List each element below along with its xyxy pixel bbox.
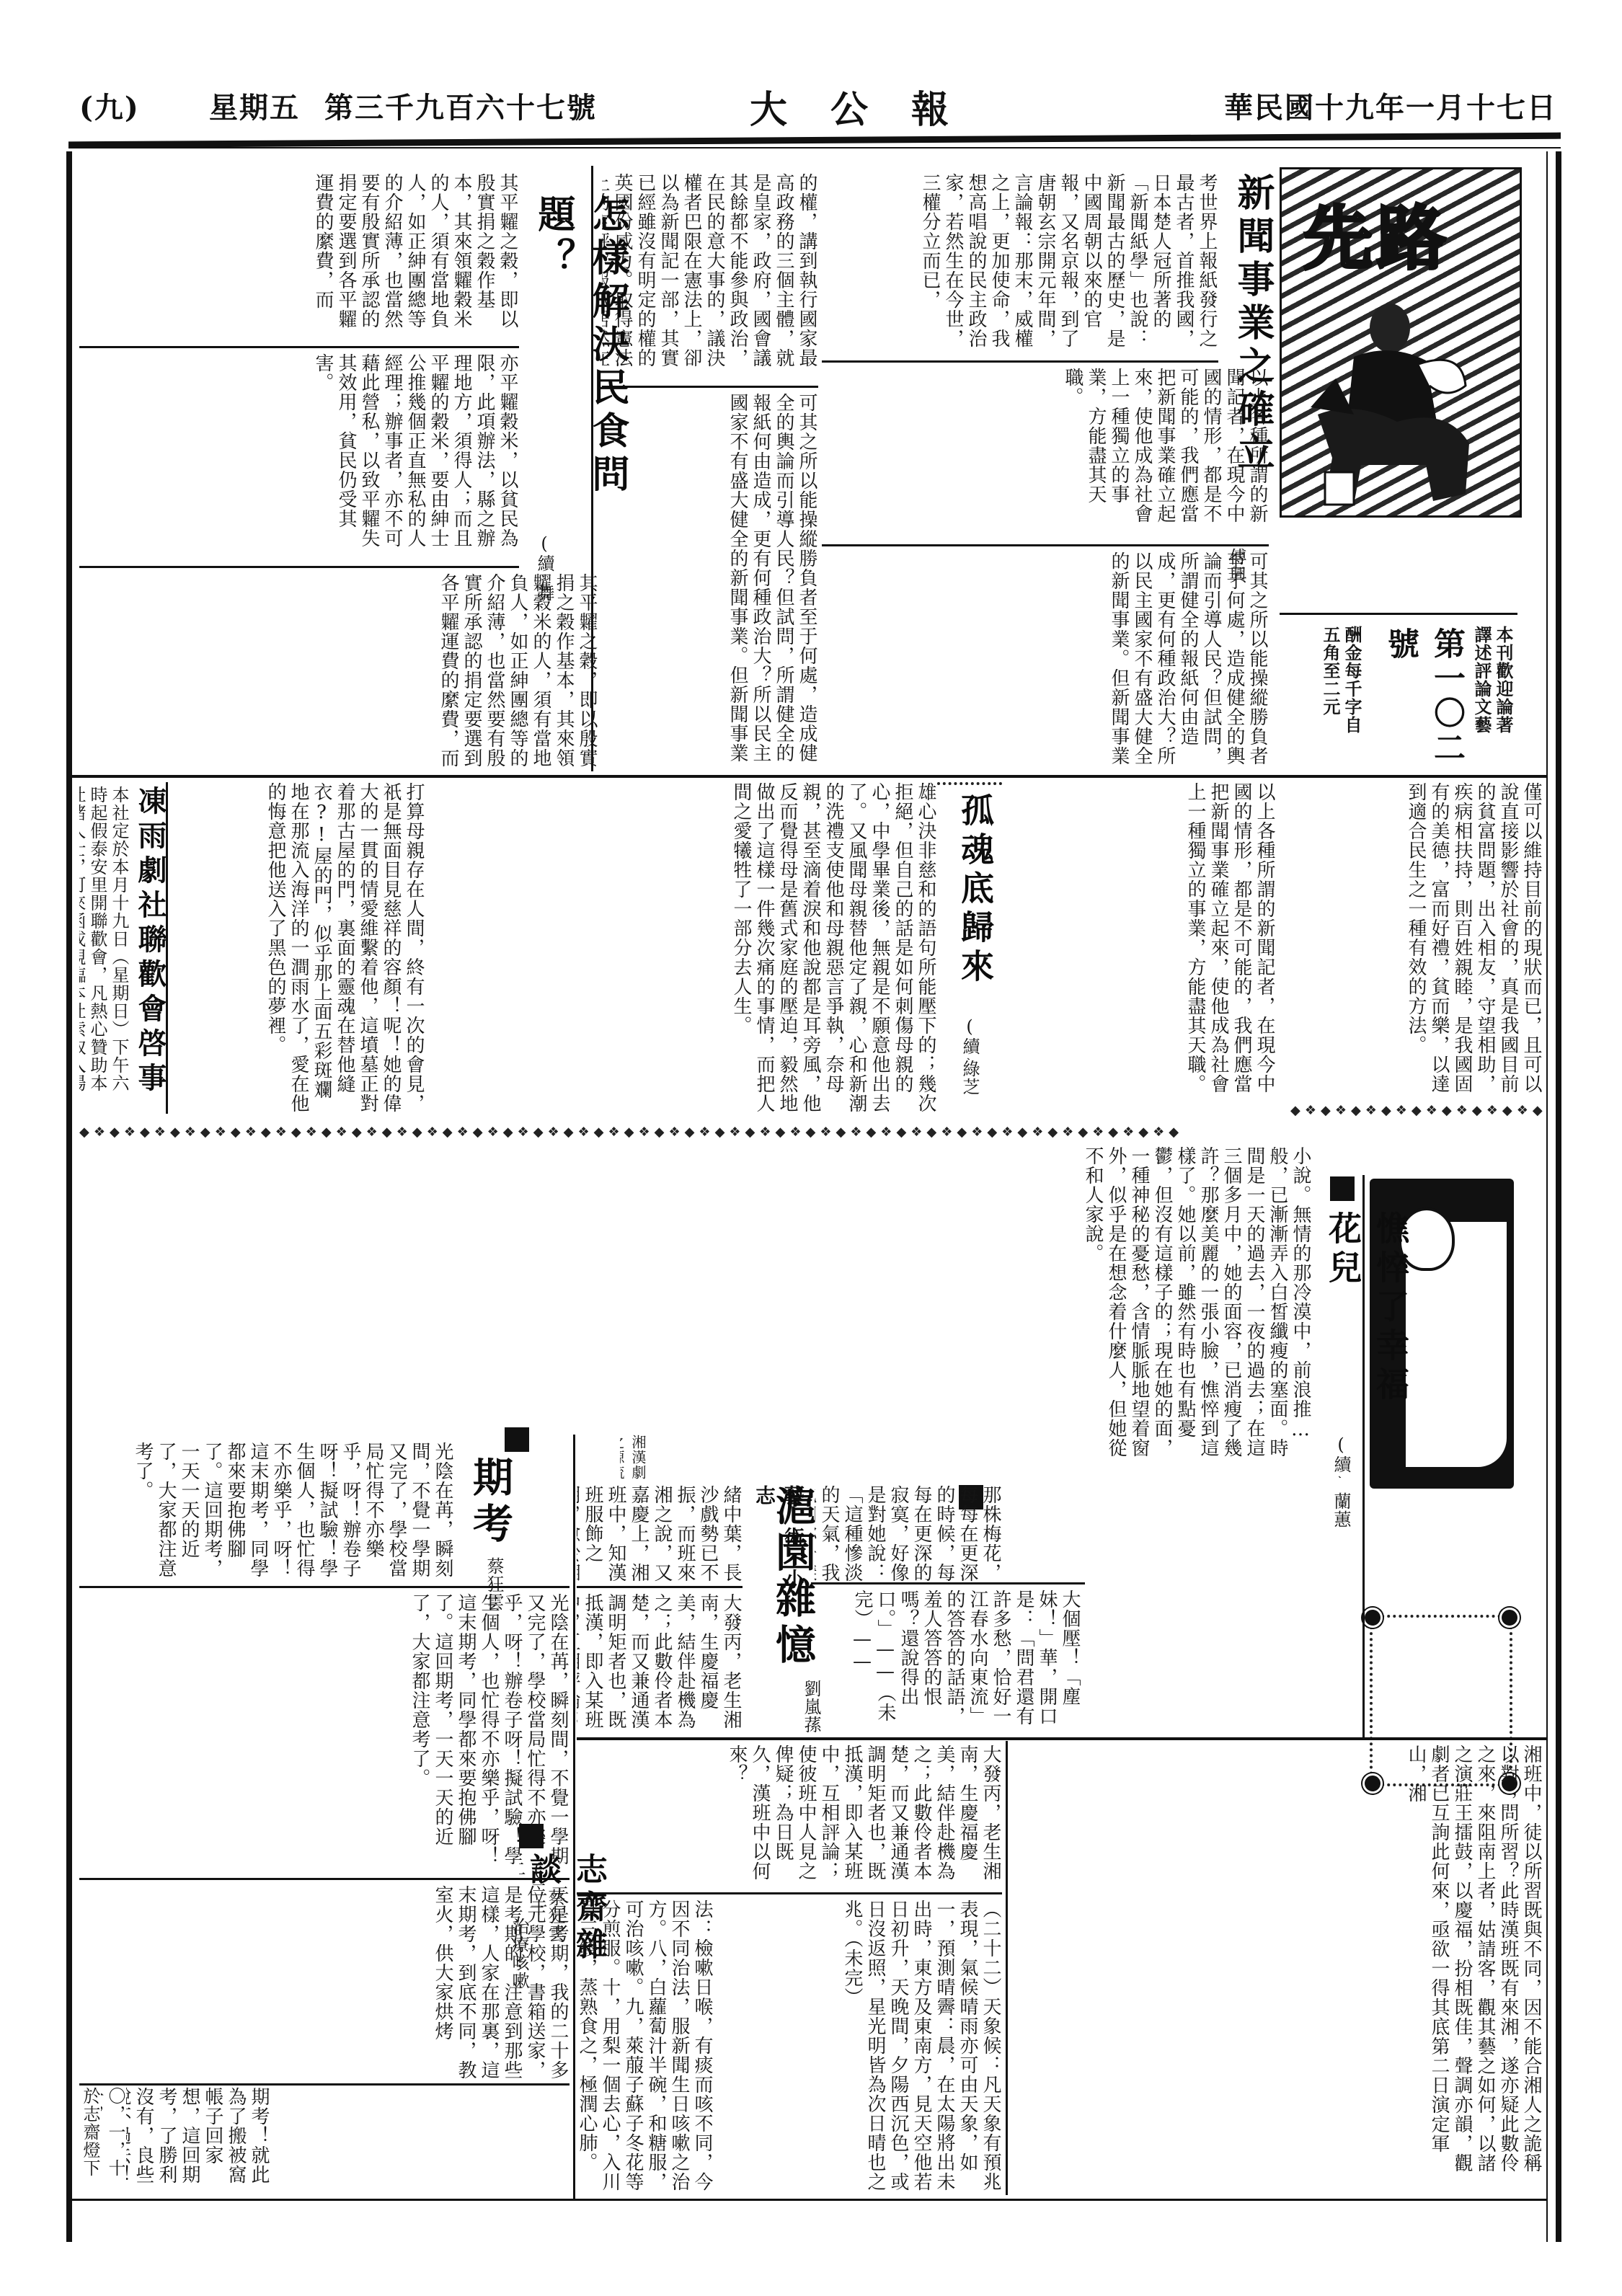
article-body-art-notes-2: 大發丙，老生湘南，生慶福慶美，結伴赴機為之；此數伶者本楚，而又兼通漢調明矩者也，… [577, 1593, 743, 1730]
corner-dot [1499, 1608, 1520, 1628]
column-rule [79, 2083, 570, 2086]
section-marker-icon [519, 1824, 544, 1848]
article-body-people-food-2: 亦平糶穀米，以貧民為限，此項辦法，縣之辦理地方，須得人；而且平糶的穀米，要由紳士… [79, 353, 519, 562]
xiaotan-sidebar-text [1081, 1586, 1355, 1723]
article-body-opera-notes: 湘班中，徒以所習既與不同，因不能合湘人之詭稱以對；問所習？此時漢班既有來湘，遂亦… [1009, 1745, 1543, 2191]
column-rule [822, 544, 1269, 546]
page-number: (九) [79, 85, 140, 126]
article-body-news-industry-4: 以上各種所謂的新聞記者，在現今中國的情形，都是不可能的，我們應當把新聞事業確立起… [822, 368, 1269, 541]
article-title-lonely-soul: 孤魂底歸來 [952, 793, 999, 1009]
ornament-divider: ◆❖◆❖◆❖◆❖◆❖◆❖◆❖◆❖◆ [1290, 1103, 1543, 1117]
header-rule-thin [68, 147, 1561, 149]
article-body-zhizhai-2: 法：檢嗽日喉，有痰而咳不同，今因不同治法，服新聞生日咳嗽之治方。八，白蘿蔔汁半碗… [577, 1900, 714, 2195]
xianlu-fee: 酬金每千字自 五角至二元 [1298, 626, 1362, 770]
article-title-art-notes: 藝術小志 [750, 1485, 807, 1615]
page-frame-right [1556, 151, 1561, 2242]
dotted-rule [937, 782, 1002, 785]
column-rule [577, 1892, 1002, 1894]
notice-top-rule [1280, 613, 1517, 615]
article-body-shanghai-memories-1: 那株梅花，每每在更深的時候，每每在更深的寂寞，好像是對她說：「這種慘淡的天氣，我… [815, 1485, 1002, 1586]
exam-signature: 於志齋燈下 [76, 2087, 101, 2188]
horse-rider-icon [1303, 278, 1476, 508]
newspaper-page: 華民國十九年一月十七日 大公報 第三千九百六十七號 星期五 (九) 先路 本刊歡… [0, 0, 1622, 2296]
column-rule [822, 360, 1218, 363]
article-body-bottom-left: 天是考期，我的二十多位元學校，書箱送家，是考期的，注意到那些這樣，人家在那裏，這… [79, 1885, 570, 2080]
column-rule [79, 566, 519, 568]
column-rule [577, 1586, 743, 1588]
article-body-news-industry-5: 可其之所以能操縱勝負者至于何處，造成健全的輿論而引導人民？但試問，所謂健全的報紙… [822, 551, 1269, 768]
article-body-lonely-soul-1: 雄心決非慈和的語句所能壓下的；幾次拒絕，但自己的話是如何刺傷母親的心，中學畢業後… [433, 782, 937, 1114]
article-body-shanghai-memories-2: 大個壓！「塵妹！」華，開口是：「問君還有許多愁，恰好一江春水向東流」的答答的話語… [815, 1590, 1081, 1730]
article-body-news-industry-1: 考世界上報紙發行之最古者，首推我國，日本楚人冠所著的「新聞紙學」也說：新聞最古的… [822, 173, 1218, 357]
article-body-people-food-1: 其平糶之穀，即以殷實捐之穀作基本，其來領糶穀米的人，須有當地負人，如正紳團總等的… [79, 173, 519, 342]
article-body-exam-end: 期考！就此為了搬被窩帳子回家想，這回期考，了勝利沒有，良些說不過去！ [126, 2087, 270, 2195]
article-body-flower: 小說。無情的那冷漠中，前浪推…般，已漸漸弄入白皙纖瘦的塞面。時間是一天的過去，一… [1009, 1146, 1312, 1471]
article-body-news-industry-3: 可其之所以能操縱勝負者至于何處，造成健全的輿論而引導人民？但試問，所謂健全的報紙… [602, 393, 818, 768]
page-header: 華民國十九年一月十七日 大公報 第三千九百六十七號 星期五 (九) [65, 85, 1557, 136]
article-body-exam-1: 光陰在苒，瞬刻間，不覺一學期又完了，學校當局忙得不亦樂乎，呀！辦卷子呀！擬試驗！… [79, 1442, 454, 1586]
article-status-flower: (續) [1323, 1435, 1352, 1478]
article-title-flower: 憔悴了幸福花兒 [1319, 1211, 1414, 1427]
lead-paragraph-mid: 以上各種所謂的新聞記者，在現今中國的情形，都是不可能的，我們應當把新聞事業確立起… [1009, 782, 1276, 1099]
column-divider [1006, 1741, 1008, 2195]
column-divider [1362, 1175, 1365, 1737]
article-body-art-notes-1: 緒中葉，長沙戲勢已不振，而班來湘之說，又嘉慶上，湘班中，知漢班服飾之明，愈於湘班… [577, 1485, 743, 1586]
page-frame-right-inner [1546, 151, 1548, 2242]
column-rule [602, 386, 818, 388]
weekday: 星期五 [209, 85, 300, 126]
ornament-divider: ◆❖◆❖◆❖◆❖◆❖◆❖◆❖◆❖◆❖◆❖◆❖◆❖◆❖◆❖◆❖◆❖◆❖◆❖◆❖◆❖… [79, 1125, 1290, 1139]
article-author-lonely-soul: 綠芝 [952, 1060, 980, 1103]
section-marker-icon [1330, 1176, 1355, 1201]
section-marker-icon [505, 1427, 529, 1452]
article-subtitle-zhizhai: 治療咳嗽 [505, 1918, 530, 2004]
newspaper-title: 大公報 [750, 79, 992, 133]
exam-date-line: 〇，一，十一， [101, 2087, 126, 2188]
fee-line-1: 酬金每千字自 [1342, 626, 1362, 734]
article-body-zhizhai-1: （二十二）天象候：凡天象有預兆表現，氣候晴雨亦可由天象，如一，預測晴霽：晨，在太… [721, 1900, 1002, 2195]
xianlu-issue-number: 第一〇二號 [1377, 627, 1469, 771]
article-status-people-food: (續) [526, 533, 555, 577]
notice-title-frost-drama: 凍雨劇社聯歡會啓事 [130, 786, 171, 1103]
column-rule [79, 346, 519, 348]
column-rule [79, 1586, 570, 1588]
fee-line-2: 五角至二元 [1320, 626, 1341, 716]
article-body-exam-2: 光陰在苒，瞬刻間，不覺一學期又完了，學校當局忙得不亦樂乎，呀！辦卷子呀！擬試驗！… [79, 1593, 570, 1874]
article-title-exam: 期考 [461, 1456, 519, 1557]
section-rule [72, 775, 1546, 778]
column-rule [811, 1582, 1085, 1584]
column-rule [79, 1878, 570, 1880]
article-author-flower: 蘭蕙 [1323, 1492, 1352, 1535]
article-body-lonely-soul-2: 打算母親存在人間，終有一次的會見，祇是無面目見慈祥的容顏！呢！她的偉大的一貫的情… [173, 782, 425, 1114]
article-title-people-food: 怎樣解決民食問題？ [526, 195, 634, 519]
notice-line-1: 本刊歡迎論著 [1493, 626, 1514, 734]
notice-body-frost-drama: 本社定於本月十九日（星期日）下午六時起假泰安里開聯歡會，凡熱心贊助本社諸人士，可… [79, 786, 130, 1103]
lead-paragraph-right: 僅可以維持目前的現狀而已，且可以說直接影響於社會的，真是我國目前的貧富問題，出入… [1283, 782, 1543, 1099]
article-body-art-notes-3: 大發丙，老生湘南，生慶福慶美，結伴赴機為之；此數伶者本楚，而又兼通漢調明矩者也，… [721, 1745, 1002, 1889]
issue-date: 華民國十九年一月十七日 [1224, 85, 1557, 126]
section-rule [577, 1737, 1546, 1740]
page-bottom-rule [72, 2199, 1546, 2201]
xianlu-masthead-illustration: 先路 [1280, 167, 1522, 518]
article-status-lonely-soul: (續) [952, 1016, 980, 1060]
page-frame-left [66, 151, 72, 2242]
notice-line-2: 譯述評論文藝 [1471, 626, 1492, 734]
issue-number: 第三千九百六十七號 [324, 85, 597, 126]
art-notes-subtitle: 湘漢劇之源流與演技 [620, 1435, 649, 1485]
article-body-news-industry-2: 的權，講到執行國家最高政務的三個主體，就是皇家，政府，國會議其餘都不能參與政治，… [602, 173, 818, 382]
column-divider [573, 1435, 575, 2199]
article-body-people-food-3: 其平糶之穀，即以殷實捐之穀作基本，其來領糶穀米的人，須有當地負人，如正紳團總等的… [79, 573, 598, 768]
masthead-title: 先路 [1303, 184, 1450, 283]
